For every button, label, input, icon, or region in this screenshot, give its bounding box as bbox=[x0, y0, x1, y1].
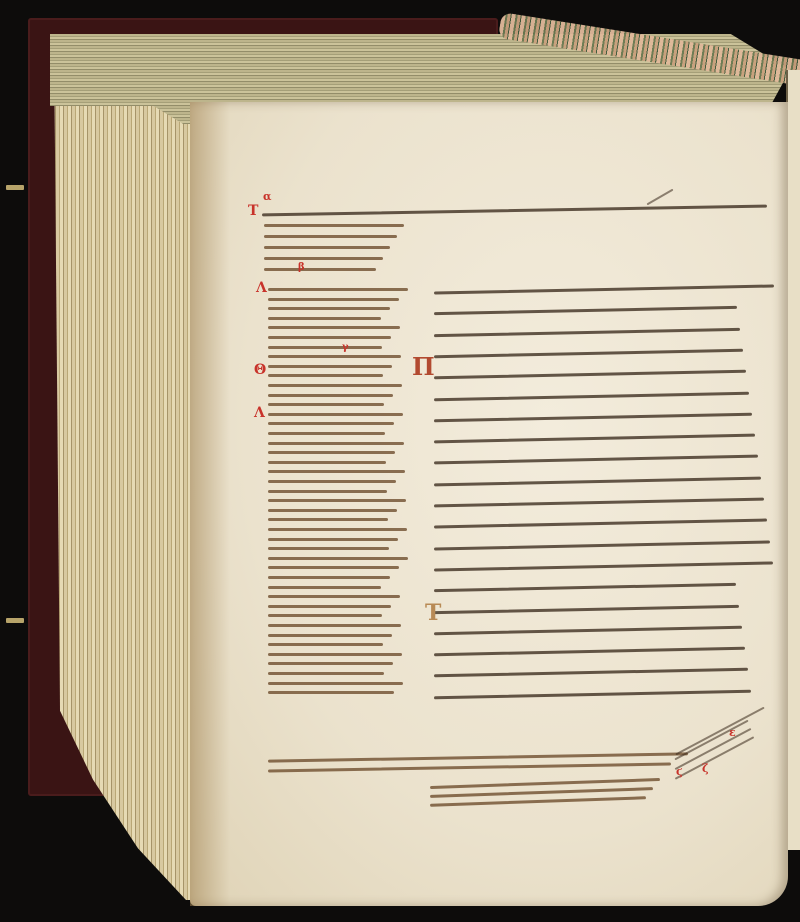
ink-line bbox=[268, 394, 393, 397]
rubric-initial-theta: Θ bbox=[254, 362, 266, 378]
ink-line bbox=[268, 461, 386, 464]
ink-line bbox=[268, 451, 395, 454]
ink-line bbox=[268, 624, 401, 627]
ink-line bbox=[268, 384, 402, 387]
ink-line bbox=[268, 442, 404, 445]
ink-line bbox=[268, 653, 402, 656]
rubric-marker-st: ϛ bbox=[676, 765, 683, 778]
clasp-pin-upper bbox=[6, 185, 24, 190]
ink-line bbox=[268, 490, 387, 493]
ink-line bbox=[268, 403, 384, 406]
ink-line bbox=[264, 235, 397, 238]
ink-line bbox=[268, 413, 403, 416]
ink-line bbox=[268, 672, 384, 675]
ink-line bbox=[268, 422, 394, 425]
ink-line bbox=[268, 614, 382, 617]
ink-line bbox=[268, 691, 394, 694]
ink-line bbox=[268, 288, 408, 291]
ink-line bbox=[268, 298, 399, 301]
rubric-initial-lambda-1: Λ bbox=[256, 280, 267, 296]
ink-line bbox=[268, 634, 392, 637]
ink-line bbox=[268, 480, 396, 483]
ink-line bbox=[268, 662, 393, 665]
ink-line bbox=[268, 499, 406, 502]
rubric-marker-gamma: γ bbox=[342, 342, 349, 353]
rubric-marker-e: ε bbox=[729, 726, 736, 739]
page-shadow bbox=[190, 102, 230, 906]
ink-line bbox=[264, 224, 404, 227]
ink-line bbox=[268, 365, 392, 368]
manuscript-photo: α Τ Λ β Θ γ Λ Π Τ ε ϛ ζ bbox=[0, 0, 800, 922]
ink-line bbox=[268, 576, 390, 579]
ink-line bbox=[268, 432, 385, 435]
ink-line bbox=[268, 566, 399, 569]
ink-line bbox=[268, 682, 403, 685]
ink-line bbox=[268, 586, 381, 589]
rubric-initial-tau: Τ bbox=[425, 600, 441, 626]
ink-line bbox=[264, 246, 390, 249]
clasp-pin-lower bbox=[6, 618, 24, 623]
ink-line bbox=[268, 557, 408, 560]
ink-line bbox=[268, 470, 405, 473]
ink-line bbox=[268, 547, 389, 550]
rubric-initial-pi: Π bbox=[412, 352, 435, 381]
ink-line bbox=[268, 346, 382, 349]
rubric-marker-alpha: α bbox=[263, 190, 271, 203]
ink-line bbox=[268, 528, 407, 531]
ink-line bbox=[268, 336, 391, 339]
ink-line bbox=[268, 643, 383, 646]
ink-line bbox=[268, 518, 388, 521]
ink-line bbox=[268, 374, 383, 377]
ink-line bbox=[268, 317, 381, 320]
rubric-marker-beta: β bbox=[298, 262, 305, 273]
ink-line bbox=[268, 326, 400, 329]
ink-line bbox=[268, 605, 391, 608]
ink-line bbox=[268, 509, 397, 512]
ink-line bbox=[264, 268, 376, 271]
ink-line bbox=[268, 595, 400, 598]
ink-line bbox=[268, 307, 390, 310]
rubric-initial-top: Τ bbox=[248, 203, 258, 219]
rubric-marker-z: ζ bbox=[702, 762, 709, 775]
ink-line bbox=[264, 257, 383, 260]
rubric-initial-lambda-2: Λ bbox=[254, 405, 265, 421]
ink-line bbox=[268, 538, 398, 541]
facing-page-strip bbox=[786, 70, 800, 850]
ink-line bbox=[268, 355, 401, 358]
